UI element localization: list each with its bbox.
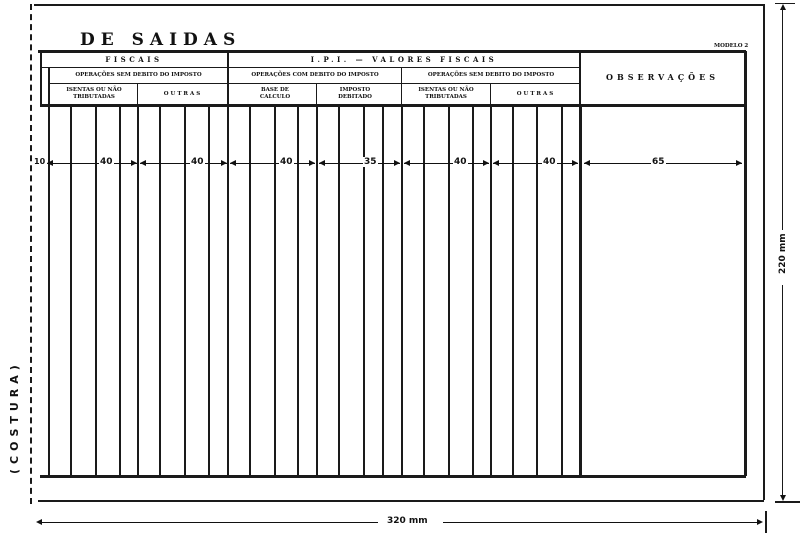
column-rule	[472, 105, 474, 475]
dim-margin: 10	[33, 157, 46, 166]
header-vline	[579, 51, 581, 104]
arrow-left-icon	[584, 160, 590, 166]
table-right-outer	[746, 51, 747, 476]
column-rule	[137, 105, 139, 475]
dim-arrow	[493, 163, 578, 164]
section-observacoes: OBSERVAÇÕES	[581, 51, 744, 104]
width-dim-line	[40, 522, 378, 523]
arrow-left-icon	[319, 160, 325, 166]
dim-col4: 35	[363, 157, 378, 167]
header-bottom-line	[40, 104, 746, 107]
width-dim-line	[443, 522, 759, 523]
arrow-right-icon	[572, 160, 578, 166]
column-rule	[448, 105, 450, 475]
model-label: MODELO 2	[714, 43, 748, 49]
col-base-calculo: BASE DE CALCULO	[250, 84, 300, 104]
col-outras-1: OUTRAS	[138, 84, 228, 104]
section-valores-fiscais: I.P.I. — VALORES FISCAIS	[228, 51, 580, 67]
arrow-left-icon	[47, 160, 53, 166]
dim-col2: 40	[190, 157, 205, 167]
observacoes-left-rule	[579, 105, 582, 475]
dim-col5: 40	[453, 157, 468, 167]
col-isentas-2: ISENTAS OU NÃO TRIBUTADAS	[408, 84, 484, 104]
section-fiscais: FISCAIS	[40, 51, 228, 67]
page-right-border	[763, 4, 765, 500]
header-vline	[48, 67, 50, 104]
header-vline	[137, 84, 138, 104]
column-rule	[119, 105, 121, 475]
column-rule	[274, 105, 276, 475]
group-sem-debito-1: OPERAÇÕES SEM DEBITO DO IMPOSTO	[49, 68, 228, 83]
height-dim-bottom-tick	[775, 501, 800, 503]
column-rule	[536, 105, 538, 475]
dim-col6: 40	[542, 157, 557, 167]
arrow-right-icon	[757, 519, 763, 525]
page-bottom-border	[38, 500, 764, 502]
form-title: DE SAIDAS	[80, 30, 241, 50]
col-outras-2: OUTRAS	[491, 84, 581, 104]
arrow-left-icon	[493, 160, 499, 166]
column-rule	[512, 105, 514, 475]
table-left-rule	[40, 51, 42, 104]
arrow-left-icon	[230, 160, 236, 166]
column-rule	[561, 105, 563, 475]
width-dim-label: 320 mm	[386, 516, 429, 526]
column-rule	[249, 105, 251, 475]
header-vline	[490, 84, 491, 104]
binding-label: (COSTURA)	[8, 360, 21, 474]
dim-arrow	[47, 163, 137, 164]
column-rule	[423, 105, 425, 475]
table-bottom	[40, 475, 746, 478]
arrow-left-icon	[404, 160, 410, 166]
arrow-up-icon	[780, 4, 786, 10]
height-dim-line	[782, 8, 783, 230]
dim-arrow	[230, 163, 315, 164]
column-rule	[382, 105, 384, 475]
column-rule	[297, 105, 299, 475]
height-dim-label: 220 mm	[778, 233, 788, 274]
column-rule	[70, 105, 72, 475]
arrow-right-icon	[394, 160, 400, 166]
height-dim-line	[782, 285, 783, 496]
header-vline	[401, 67, 402, 104]
page-top-border	[34, 4, 764, 6]
column-rule	[208, 105, 210, 475]
dim-arrow	[319, 163, 400, 164]
binding-line	[30, 4, 32, 504]
dim-arrow	[404, 163, 489, 164]
arrow-right-icon	[309, 160, 315, 166]
arrow-right-icon	[221, 160, 227, 166]
arrow-right-icon	[483, 160, 489, 166]
column-rule	[227, 105, 229, 475]
header-vline	[316, 84, 317, 104]
column-rule	[95, 105, 97, 475]
column-rule	[184, 105, 186, 475]
arrow-left-icon	[140, 160, 146, 166]
header-vline	[227, 51, 229, 104]
dim-col3: 40	[279, 157, 294, 167]
col-imposto-debitado: IMPOSTO DEBITADO	[330, 84, 380, 104]
arrow-right-icon	[131, 160, 137, 166]
arrow-right-icon	[736, 160, 742, 166]
column-rule	[490, 105, 492, 475]
group-sem-debito-2: OPERAÇÕES SEM DEBITO DO IMPOSTO	[402, 68, 580, 83]
width-dim-end-tick	[765, 511, 767, 533]
column-rule	[401, 105, 403, 475]
column-rule	[316, 105, 318, 475]
dim-arrow	[140, 163, 227, 164]
dim-observacoes: 65	[651, 157, 666, 167]
col-isentas-1: ISENTAS OU NÃO TRIBUTADAS	[56, 84, 132, 104]
column-rule	[159, 105, 161, 475]
dim-col1: 40	[99, 157, 114, 167]
group-com-debito: OPERAÇÕES COM DEBITO DO IMPOSTO	[228, 68, 402, 83]
column-rule	[338, 105, 340, 475]
